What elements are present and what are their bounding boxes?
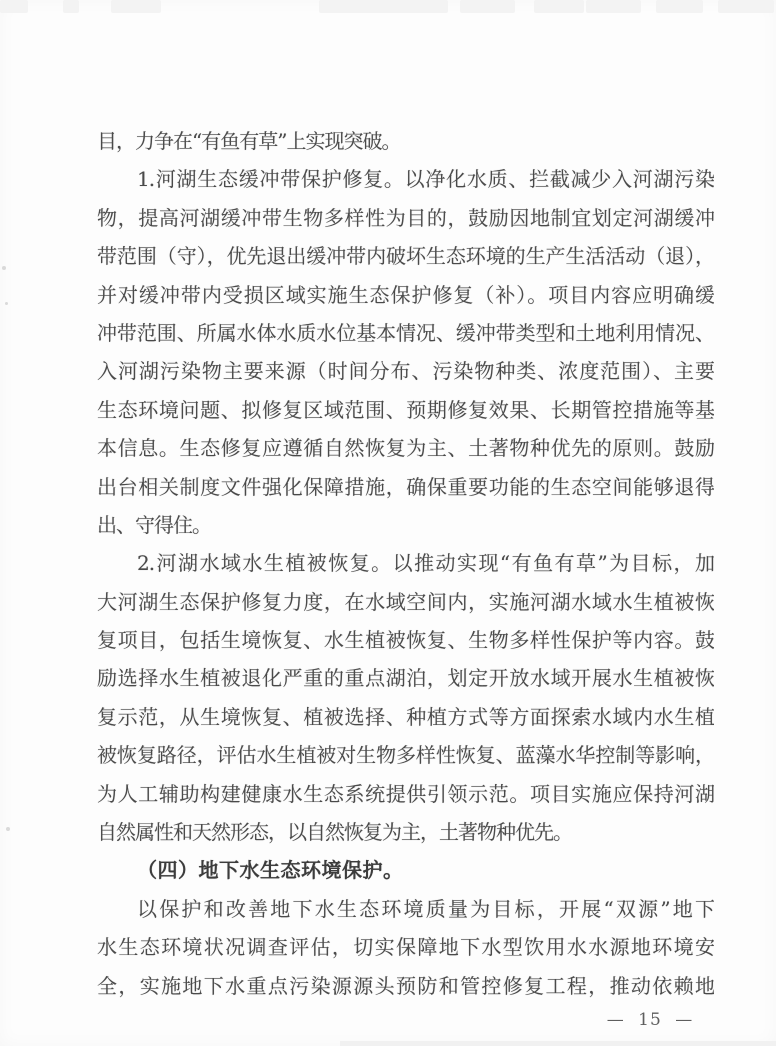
text-line: 生态环境问题、拟修复区域范围、预期修复效果、长期管控措施等基 bbox=[97, 391, 714, 429]
text-line: 水生态环境状况调查评估，切实保障地下水型饮用水水源地环境安 bbox=[97, 928, 714, 966]
scan-smudge bbox=[111, 0, 161, 13]
scan-smudge bbox=[718, 0, 774, 13]
text-line: 励选择水生植被退化严重的重点湖泊，划定开放水域开展水生植被恢 bbox=[97, 659, 714, 697]
scan-speck bbox=[5, 302, 8, 305]
text-line: 并对缓冲带内受损区域实施生态保护修复（补）。项目内容应明确缓 bbox=[97, 276, 714, 314]
text-line: 1.河湖生态缓冲带保护修复。以净化水质、拦截减少入河湖污染 bbox=[97, 160, 714, 198]
scan-smudge bbox=[656, 0, 703, 13]
text-line: 全，实施地下水重点污染源源头预防和管控修复工程，推动依赖地 bbox=[97, 967, 714, 1005]
text-line: 自然属性和天然形态，以自然恢复为主，土著物种优先。 bbox=[97, 813, 714, 851]
text-line: 冲带范围、所属水体水质水位基本情况、缓冲带类型和土地利用情况、 bbox=[97, 314, 714, 352]
scan-smudge bbox=[319, 0, 448, 13]
text-line: 出台相关制度文件强化保障措施，确保重要功能的生态空间能够退得 bbox=[97, 468, 714, 506]
scan-speck bbox=[6, 827, 10, 831]
scan-smudge bbox=[534, 0, 584, 13]
text-line: 复示范，从生境恢复、植被选择、种植方式等方面探索水域内水生植 bbox=[97, 698, 714, 736]
text-line: 入河湖污染物主要来源（时间分布、污染物种类、浓度范围）、主要 bbox=[97, 352, 714, 390]
document-page: 目，力争在“有鱼有草”上实现突破。1.河湖生态缓冲带保护修复。以净化水质、拦截减… bbox=[0, 0, 776, 1046]
text-line: 以保护和改善地下水生态环境质量为目标，开展“双源”地下 bbox=[97, 890, 714, 928]
scan-smudge bbox=[0, 0, 28, 13]
text-line: 被恢复路径，评估水生植被对生物多样性恢复、蓝藻水华控制等影响， bbox=[97, 736, 714, 774]
scan-smudge bbox=[63, 0, 79, 13]
text-line: 大河湖生态保护修复力度，在水域空间内，实施河湖水域水生植被恢 bbox=[97, 583, 714, 621]
text-line: 本信息。生态修复应遵循自然恢复为主、土著物种优先的原则。鼓励 bbox=[97, 429, 714, 467]
text-line: 物，提高河湖缓冲带生物多样性为目的，鼓励因地制宜划定河湖缓冲 bbox=[97, 199, 714, 237]
text-line: 2.河湖水域水生植被恢复。以推动实现“有鱼有草”为目标，加 bbox=[97, 544, 714, 582]
scan-smudge bbox=[586, 0, 641, 13]
text-line: 出、守得住。 bbox=[97, 506, 714, 544]
text-line: 带范围（守），优先退出缓冲带内破坏生态环境的生产生活活动（退）， bbox=[97, 237, 714, 275]
section-heading: （四）地下水生态环境保护。 bbox=[97, 851, 714, 889]
scan-speck bbox=[2, 266, 6, 270]
page-number: — 15 — bbox=[600, 1008, 700, 1032]
text-line: 为人工辅助构建健康水生态系统提供引领示范。项目实施应保持河湖 bbox=[97, 775, 714, 813]
scan-shade-bottom bbox=[340, 1041, 776, 1046]
text-body: 目，力争在“有鱼有草”上实现突破。1.河湖生态缓冲带保护修复。以净化水质、拦截减… bbox=[97, 122, 714, 1005]
text-line: 复项目，包括生境恢复、水生植被恢复、生物多样性保护等内容。鼓 bbox=[97, 621, 714, 659]
scan-smudge bbox=[460, 0, 515, 13]
text-line: 目，力争在“有鱼有草”上实现突破。 bbox=[97, 122, 714, 160]
